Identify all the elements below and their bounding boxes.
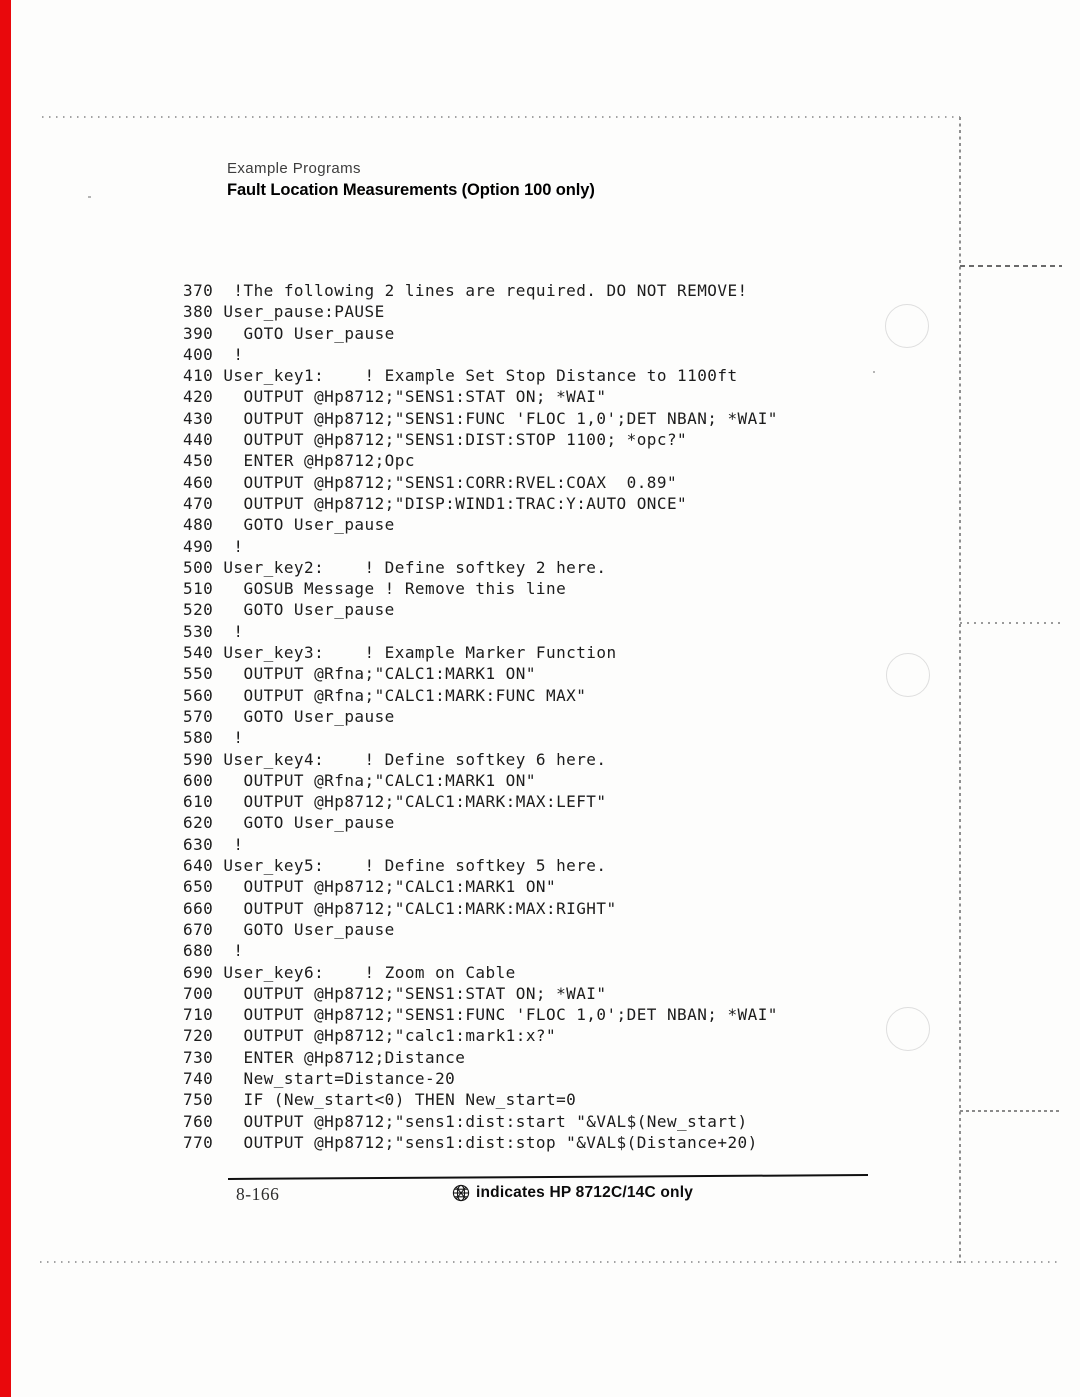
code-line: 600 OUTPUT @Rfna;"CALC1:MARK1 ON": [183, 770, 883, 791]
page-title: Fault Location Measurements (Option 100 …: [227, 181, 595, 200]
code-line: 370 !The following 2 lines are required.…: [183, 280, 883, 301]
footer-rule: [228, 1174, 868, 1180]
code-line: 480 GOTO User_pause: [183, 514, 883, 535]
code-line: 410 User_key1: ! Example Set Stop Distan…: [183, 365, 883, 386]
code-line: 510 GOSUB Message ! Remove this line: [183, 578, 883, 599]
code-line: 400 !: [183, 344, 883, 365]
code-line: 520 GOTO User_pause: [183, 599, 883, 620]
code-line: 610 OUTPUT @Hp8712;"CALC1:MARK:MAX:LEFT": [183, 791, 883, 812]
footer-note-text: indicates HP 8712C/14C only: [476, 1184, 693, 1202]
scan-dotted-line-right: [959, 117, 961, 1263]
code-listing: 370 !The following 2 lines are required.…: [183, 280, 883, 1153]
code-line: 660 OUTPUT @Hp8712;"CALC1:MARK:MAX:RIGHT…: [183, 898, 883, 919]
code-line: 450 ENTER @Hp8712;Opc: [183, 450, 883, 471]
breadcrumb: Example Programs: [227, 160, 361, 177]
code-line: 770 OUTPUT @Hp8712;"sens1:dist:stop "&VA…: [183, 1132, 883, 1153]
code-line: 490 !: [183, 536, 883, 557]
code-line: 630 !: [183, 834, 883, 855]
code-line: 640 User_key5: ! Define softkey 5 here.: [183, 855, 883, 876]
code-line: 740 New_start=Distance-20: [183, 1068, 883, 1089]
code-line: 590 User_key4: ! Define softkey 6 here.: [183, 749, 883, 770]
code-line: 540 User_key3: ! Example Marker Function: [183, 642, 883, 663]
binder-hole-ghost: [886, 653, 930, 697]
binder-hole-ghost: [886, 1007, 930, 1051]
code-line: 580 !: [183, 727, 883, 748]
binding-stripe: [0, 0, 11, 1397]
code-line: 560 OUTPUT @Rfna;"CALC1:MARK:FUNC MAX": [183, 685, 883, 706]
globe-icon: [452, 1184, 470, 1202]
code-line: 730 ENTER @Hp8712;Distance: [183, 1047, 883, 1068]
code-line: 680 !: [183, 940, 883, 961]
scan-dash-mark: [960, 622, 1062, 624]
scan-dotted-line-bottom: [40, 1261, 1062, 1263]
code-line: 750 IF (New_start<0) THEN New_start=0: [183, 1089, 883, 1110]
code-line: 380 User_pause:PAUSE: [183, 301, 883, 322]
page-number: 8-166: [236, 1184, 279, 1205]
scan-dotted-line-top: [42, 116, 960, 118]
code-line: 390 GOTO User_pause: [183, 323, 883, 344]
binder-hole-ghost: [885, 304, 929, 348]
code-line: 760 OUTPUT @Hp8712;"sens1:dist:start "&V…: [183, 1111, 883, 1132]
code-line: 470 OUTPUT @Hp8712;"DISP:WIND1:TRAC:Y:AU…: [183, 493, 883, 514]
code-line: 550 OUTPUT @Rfna;"CALC1:MARK1 ON": [183, 663, 883, 684]
code-line: 700 OUTPUT @Hp8712;"SENS1:STAT ON; *WAI": [183, 983, 883, 1004]
code-line: 650 OUTPUT @Hp8712;"CALC1:MARK1 ON": [183, 876, 883, 897]
code-line: 500 User_key2: ! Define softkey 2 here.: [183, 557, 883, 578]
code-line: 620 GOTO User_pause: [183, 812, 883, 833]
code-line: 420 OUTPUT @Hp8712;"SENS1:STAT ON; *WAI": [183, 386, 883, 407]
code-line: 460 OUTPUT @Hp8712;"SENS1:CORR:RVEL:COAX…: [183, 472, 883, 493]
footer-note: indicates HP 8712C/14C only: [452, 1184, 693, 1202]
code-line: 530 !: [183, 621, 883, 642]
code-line: 670 GOTO User_pause: [183, 919, 883, 940]
code-line: 570 GOTO User_pause: [183, 706, 883, 727]
scan-dash-mark: [960, 1110, 1062, 1112]
code-line: 690 User_key6: ! Zoom on Cable: [183, 962, 883, 983]
code-line: 430 OUTPUT @Hp8712;"SENS1:FUNC 'FLOC 1,0…: [183, 408, 883, 429]
code-line: 710 OUTPUT @Hp8712;"SENS1:FUNC 'FLOC 1,0…: [183, 1004, 883, 1025]
scan-dash-mark: [960, 265, 1062, 267]
code-line: 440 OUTPUT @Hp8712;"SENS1:DIST:STOP 1100…: [183, 429, 883, 450]
scan-speck: [88, 196, 91, 198]
code-line: 720 OUTPUT @Hp8712;"calc1:mark1:x?": [183, 1025, 883, 1046]
